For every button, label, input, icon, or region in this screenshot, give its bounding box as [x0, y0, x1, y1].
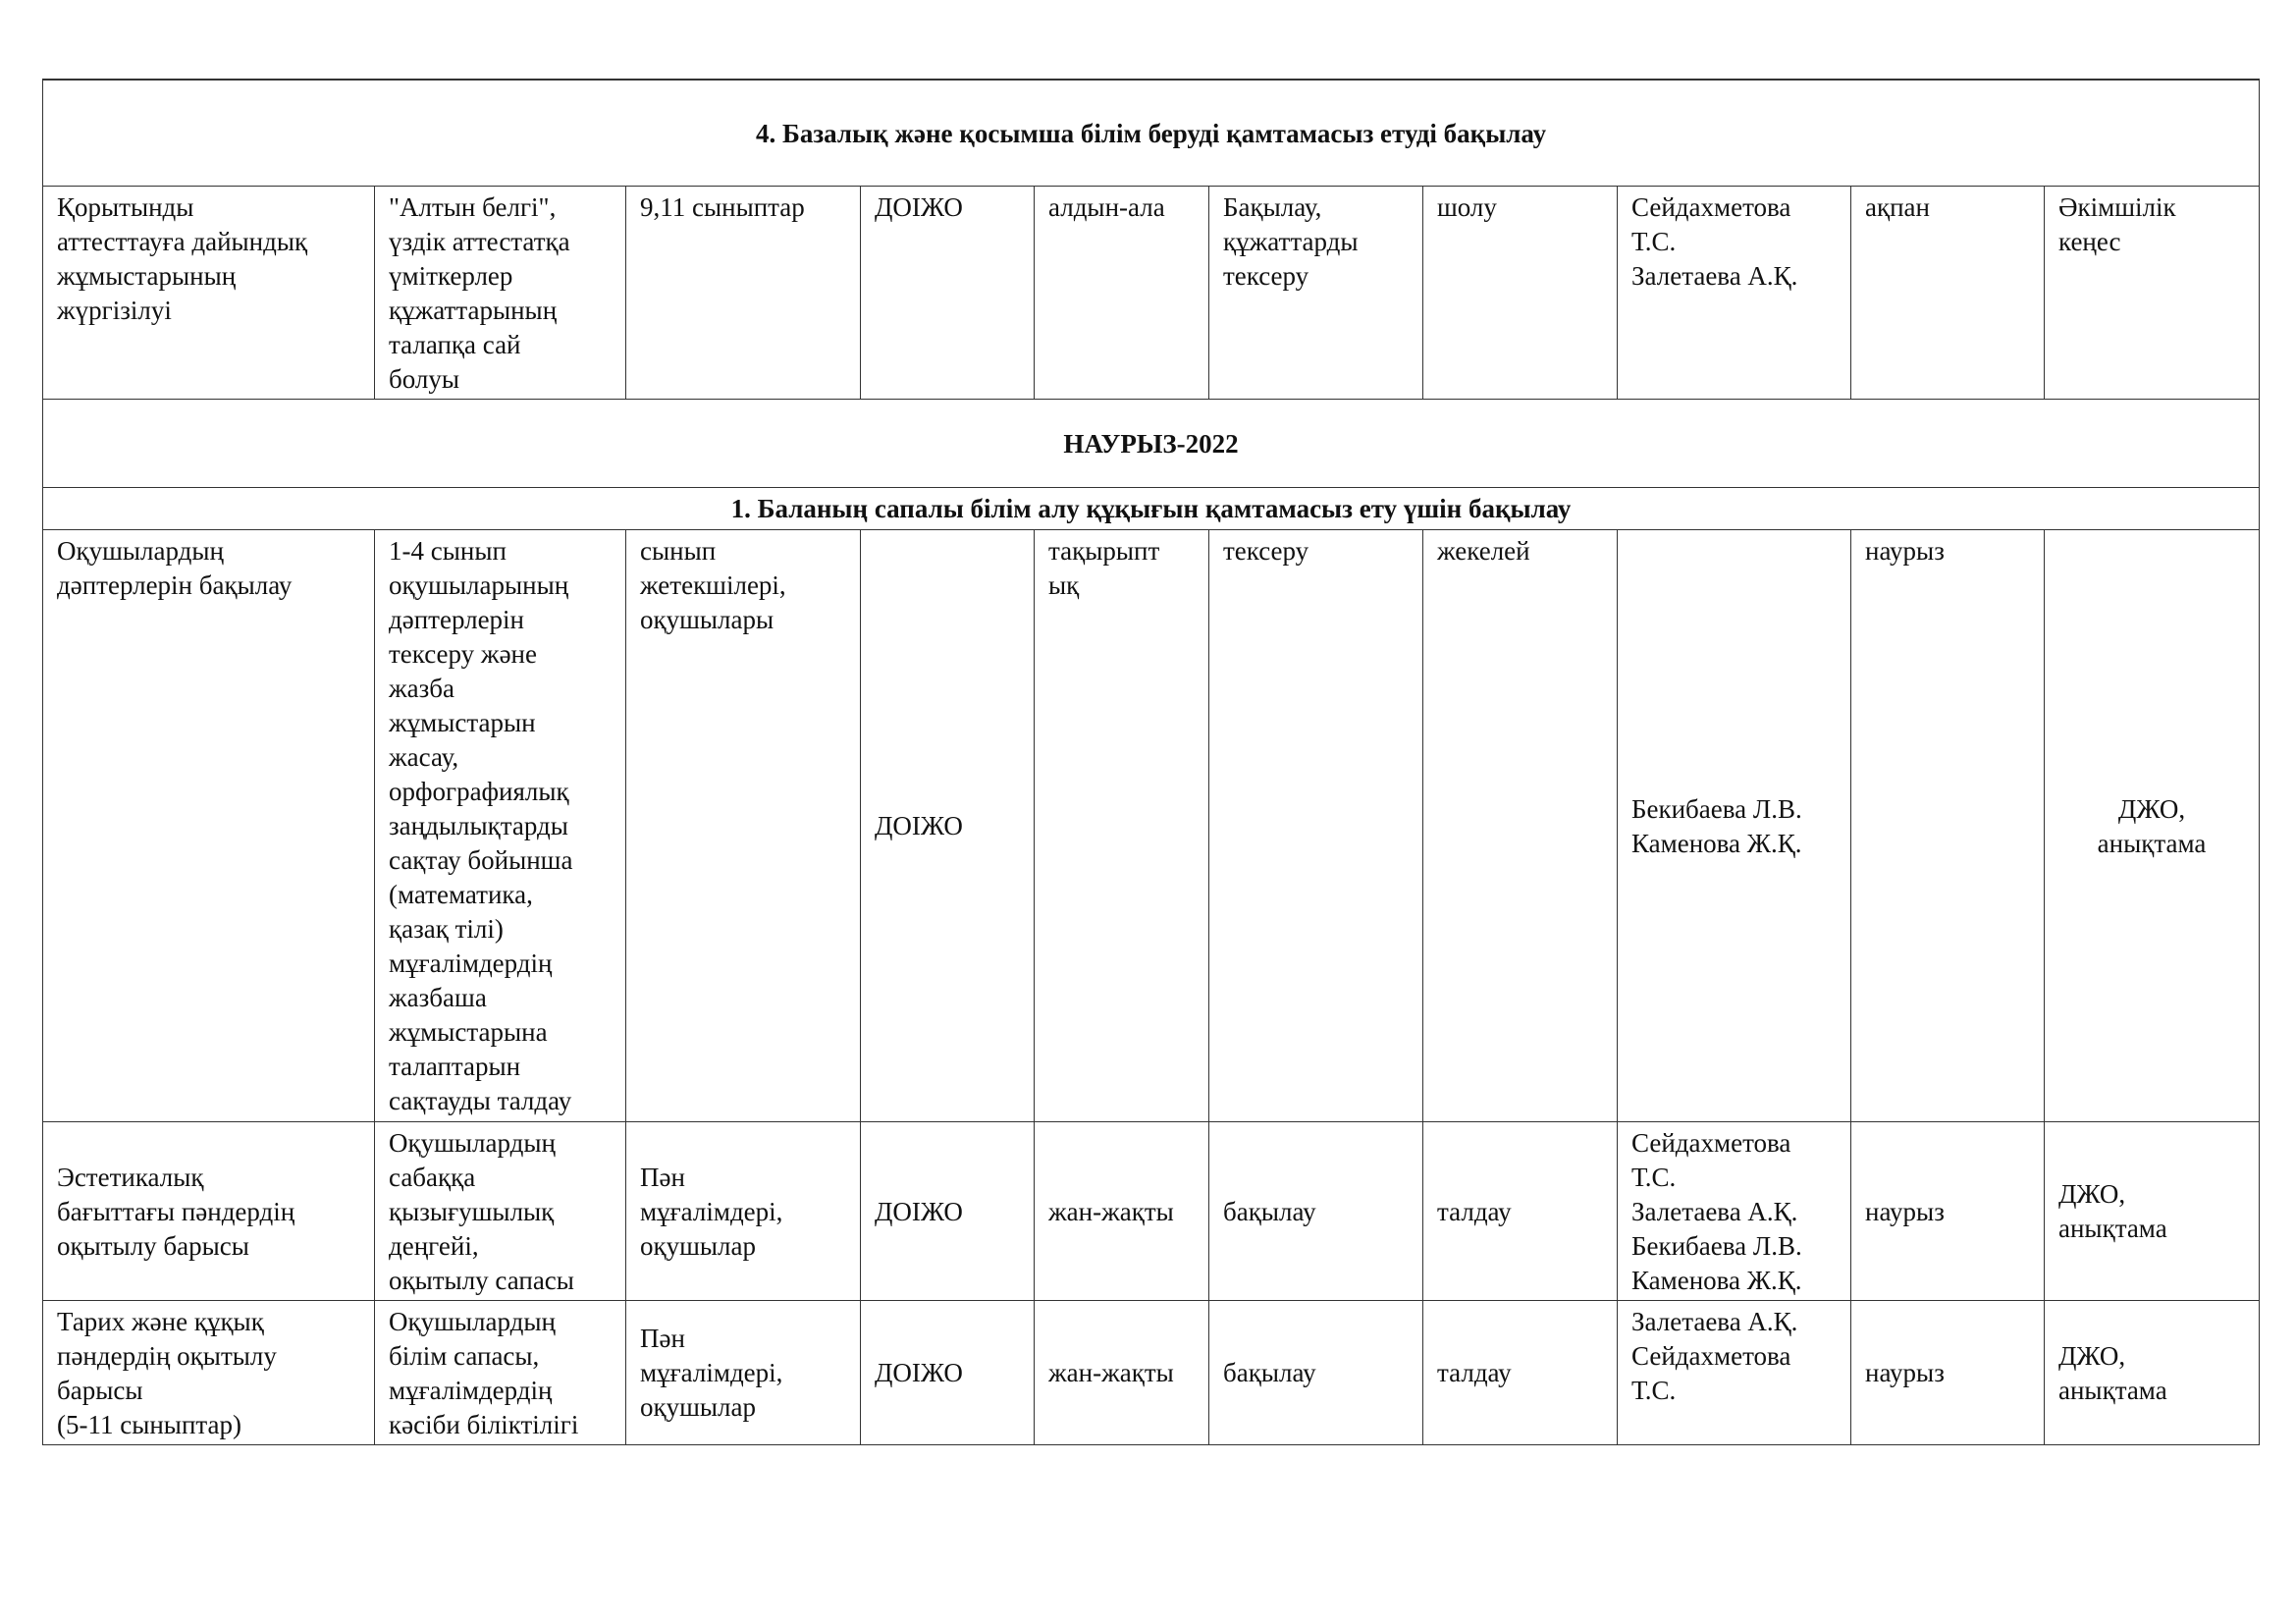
control-org: ДОІЖО — [861, 186, 1035, 399]
control-org: ДОІЖО — [861, 529, 1035, 1121]
responsible: Залетаева А.Қ. Сейдахметова Т.С. — [1618, 1300, 1851, 1444]
control-goal: Оқушылардың сабаққа қызығушылық деңгейі,… — [375, 1121, 626, 1300]
result-place: ДЖО, анықтама — [2045, 1300, 2260, 1444]
section-title: 4. Базалық және қосымша білім беруді қам… — [43, 80, 2260, 186]
table-row: Оқушылардың дәптерлерін бақылау 1-4 сыны… — [43, 529, 2260, 1121]
control-method: бақылау — [1209, 1300, 1423, 1444]
deadline: наурыз — [1851, 529, 2045, 1121]
table-row: Эстетикалық бағыттағы пәндердің оқытылу … — [43, 1121, 2260, 1300]
table-row: Қорытынды аттесттауға дайындық жұмыстары… — [43, 186, 2260, 399]
control-object: сынып жетекшілері, оқушылары — [626, 529, 861, 1121]
control-plan-table: 4. Базалық және қосымша білім беруді қам… — [42, 79, 2260, 1445]
section-title: 1. Баланың сапалы білім алу құқығын қамт… — [43, 487, 2260, 529]
responsible: Сейдахметова Т.С. Залетаева А.Қ. Бекибае… — [1618, 1121, 1851, 1300]
month-title: НАУРЫЗ-2022 — [43, 399, 2260, 487]
deadline: наурыз — [1851, 1121, 2045, 1300]
control-object: Пән мұғалімдері, оқушылар — [626, 1121, 861, 1300]
control-subject: Тарих және құқық пәндердің оқытылу барыс… — [43, 1300, 375, 1444]
control-subject: Оқушылардың дәптерлерін бақылау — [43, 529, 375, 1121]
control-object: Пән мұғалімдері, оқушылар — [626, 1300, 861, 1444]
control-form: талдау — [1423, 1300, 1618, 1444]
control-object: 9,11 сыныптар — [626, 186, 861, 399]
control-type: алдын-ала — [1035, 186, 1209, 399]
control-goal: 1-4 сынып оқушыларының дәптерлерін тексе… — [375, 529, 626, 1121]
control-method: бақылау — [1209, 1121, 1423, 1300]
responsible: Бекибаева Л.В. Каменова Ж.Қ. — [1618, 529, 1851, 1121]
section-header-row: 4. Базалық және қосымша білім беруді қам… — [43, 80, 2260, 186]
control-method: Бақылау, құжаттарды тексеру — [1209, 186, 1423, 399]
table-row: Тарих және құқық пәндердің оқытылу барыс… — [43, 1300, 2260, 1444]
control-form: жекелей — [1423, 529, 1618, 1121]
result-place: ДЖО, анықтама — [2045, 529, 2260, 1121]
control-form: талдау — [1423, 1121, 1618, 1300]
control-subject: Эстетикалық бағыттағы пәндердің оқытылу … — [43, 1121, 375, 1300]
control-method: тексеру — [1209, 529, 1423, 1121]
control-goal: "Алтын белгі", үздік аттестатқа үміткерл… — [375, 186, 626, 399]
section-header-row: 1. Баланың сапалы білім алу құқығын қамт… — [43, 487, 2260, 529]
control-type: жан-жақты — [1035, 1300, 1209, 1444]
control-type: жан-жақты — [1035, 1121, 1209, 1300]
result-place: ДЖО, анықтама — [2045, 1121, 2260, 1300]
deadline: ақпан — [1851, 186, 2045, 399]
result-place: Әкімшілік кеңес — [2045, 186, 2260, 399]
control-org: ДОІЖО — [861, 1300, 1035, 1444]
month-header-row: НАУРЫЗ-2022 — [43, 399, 2260, 487]
deadline: наурыз — [1851, 1300, 2045, 1444]
control-org: ДОІЖО — [861, 1121, 1035, 1300]
control-subject: Қорытынды аттесттауға дайындық жұмыстары… — [43, 186, 375, 399]
control-type: тақырыпт ық — [1035, 529, 1209, 1121]
responsible: Сейдахметова Т.С. Залетаева А.Қ. — [1618, 186, 1851, 399]
control-goal: Оқушылардың білім сапасы, мұғалімдердің … — [375, 1300, 626, 1444]
control-form: шолу — [1423, 186, 1618, 399]
